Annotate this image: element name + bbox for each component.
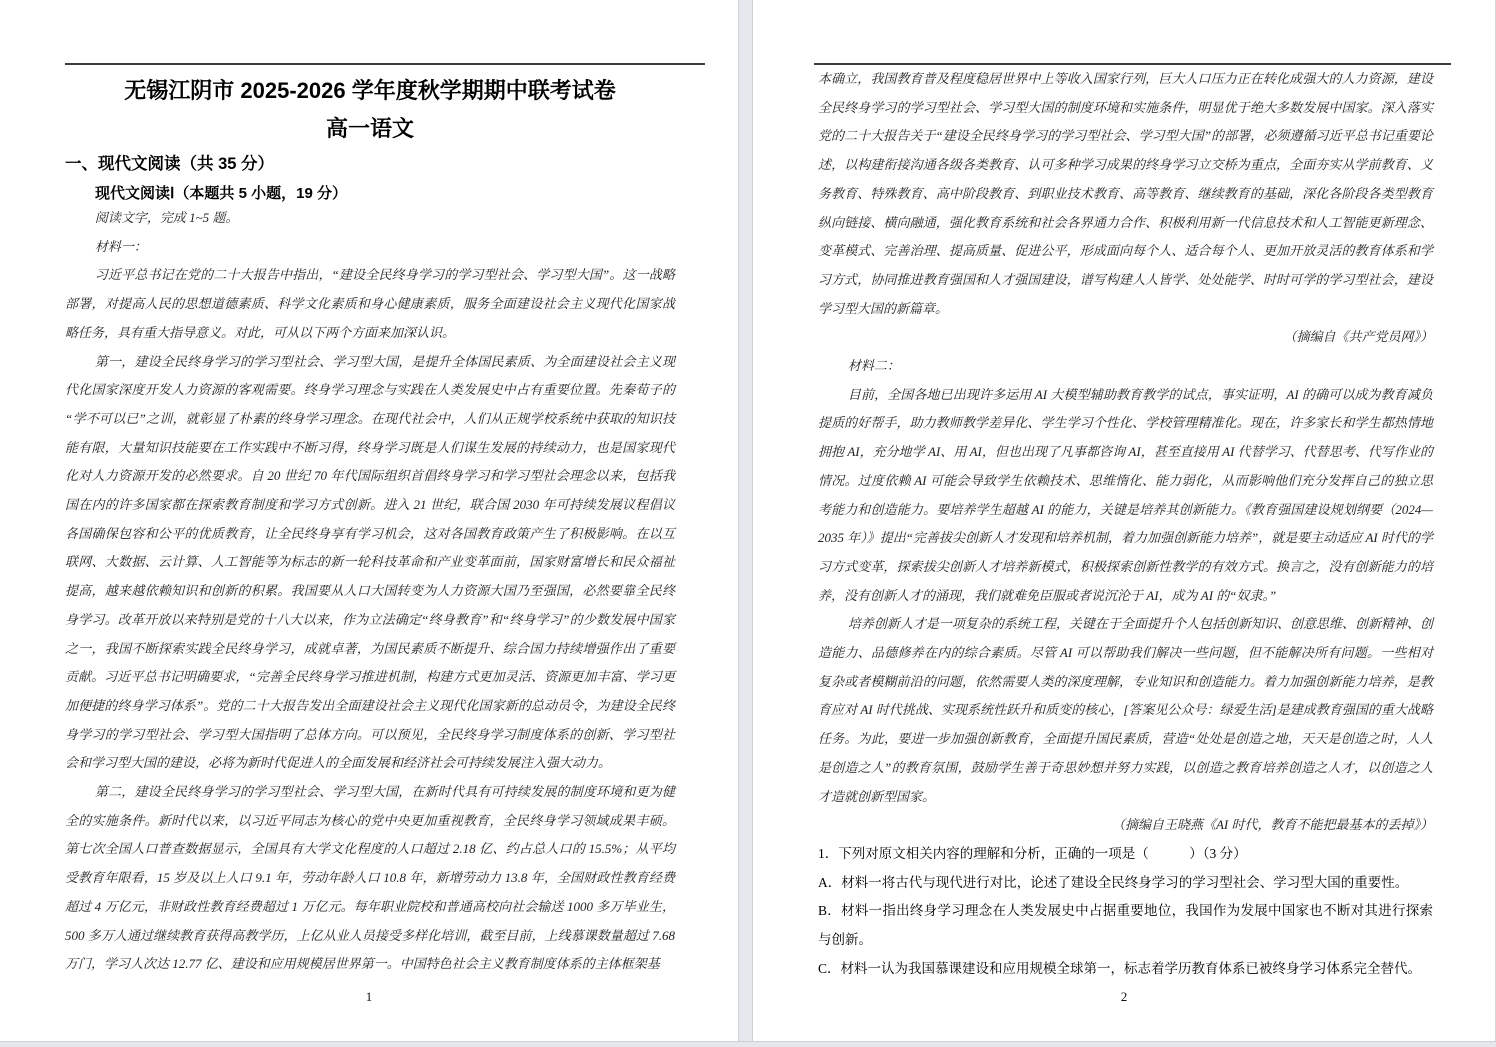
question-1-option-a: A．材料一将古代与现代进行对比，论述了建设全民终身学习的学习型社会、学习型大国的… [818, 869, 1433, 898]
source-attribution-2: （摘编自王晓燕《AI 时代，教育不能把最基本的丢掉》） [818, 811, 1433, 840]
material-2-paragraph-1: 目前，全国各地已出现许多运用 AI 大模型辅助教育教学的试点，事实证明，AI 的… [818, 381, 1433, 611]
exam-subject: 高一语文 [65, 114, 675, 144]
modern-reading-1-heading: 现代文阅读Ⅰ（本题共 5 小题，19 分） [95, 184, 675, 204]
exam-title: 无锡江阴市 2025-2026 学年度秋学期期中联考试卷 [65, 76, 675, 106]
page-1[interactable]: 无锡江阴市 2025-2026 学年度秋学期期中联考试卷 高一语文 一、现代文阅… [0, 0, 738, 1041]
question-1-option-b: B．材料一指出终身学习理念在人类发展史中占据重要地位，我国作为发展中国家也不断对… [818, 897, 1433, 954]
page-1-number: 1 [0, 989, 738, 1005]
material-2-label: 材料二： [818, 352, 1433, 381]
material-1-paragraph-1: 习近平总书记在党的二十大报告中指出，“建设全民终身学习的学习型社会、学习型大国”… [65, 261, 675, 347]
reading-instruction: 阅读文字，完成 1~5 题。 [65, 204, 675, 233]
material-1-label: 材料一： [65, 233, 675, 262]
material-1-paragraph-3: 第二，建设全民终身学习的学习型社会、学习型大国，在新时代具有可持续发展的制度环境… [65, 778, 675, 979]
question-1-stem: 1．下列对原文相关内容的理解和分析，正确的一项是（ ）（3 分） [818, 840, 1433, 869]
question-1-option-c: C．材料一认为我国慕课建设和应用规模全球第一，标志着学历教育体系已被终身学习体系… [818, 955, 1433, 984]
page-2-number: 2 [753, 989, 1495, 1005]
material-1-paragraph-2: 第一，建设全民终身学习的学习型社会、学习型大国，是提升全体国民素质、为全面建设社… [65, 348, 675, 779]
header-rule [65, 63, 705, 65]
section-1-heading: 一、现代文阅读（共 35 分） [65, 153, 675, 175]
source-attribution-1: （摘编自《共产党员网》） [818, 323, 1433, 352]
page-2[interactable]: 本确立，我国教育普及程度稳居世界中上等收入国家行列，巨大人口压力正在转化成强大的… [753, 0, 1496, 1041]
document-pages: 无锡江阴市 2025-2026 学年度秋学期期中联考试卷 高一语文 一、现代文阅… [0, 0, 1496, 1041]
page-divider [738, 0, 753, 1041]
material-2-paragraph-2: 培养创新人才是一项复杂的系统工程，关键在于全面提升个人包括创新知识、创意思维、创… [818, 610, 1433, 811]
canvas-bottom-strip [0, 1041, 1496, 1047]
material-1-continuation: 本确立，我国教育普及程度稳居世界中上等收入国家行列，巨大人口压力正在转化成强大的… [818, 65, 1433, 323]
